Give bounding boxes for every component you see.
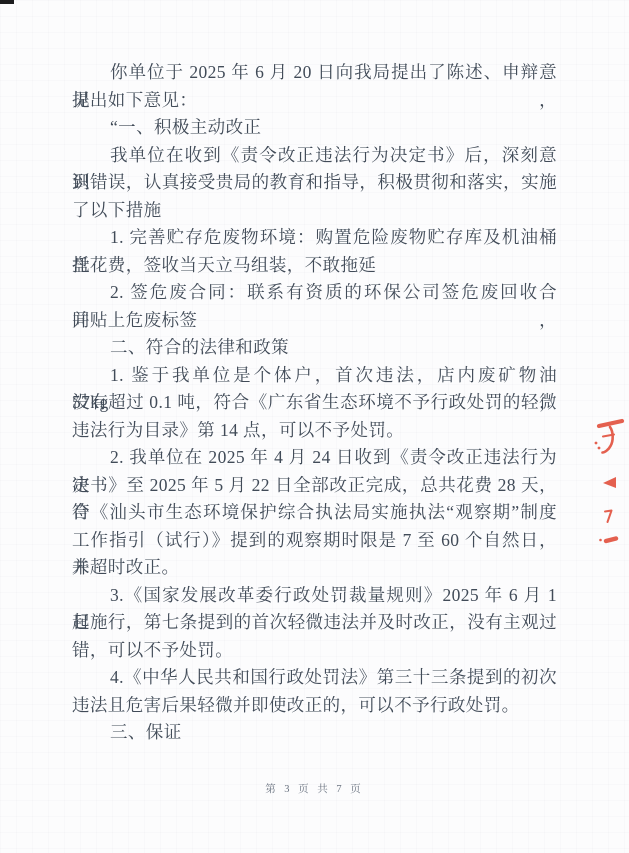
- text-line: 起施行，第七条提到的首次轻微违法并及时改正，没有主观过: [72, 609, 557, 637]
- text-line: 定书》至 2025 年 5 月 22 日全部改正完成，总共花费 28 天，符: [72, 472, 557, 500]
- text-line: 3.《国家发展改革委行政处罚裁量规则》2025 年 6 月 1 日: [72, 582, 557, 610]
- text-line: 到错误，认真接受贵局的教育和指导，积极贯彻和落实，实施: [72, 169, 557, 197]
- text-line: 违法行为目录》第 14 点，可以不予处罚。: [72, 417, 557, 445]
- text-line: 未超时改正。: [72, 554, 557, 582]
- text-line: “一、积极主动改正: [72, 114, 557, 142]
- document-page: 你单位于 2025 年 6 月 20 日向我局提出了陈述、申辩意见，提出如下意见…: [0, 0, 629, 853]
- text-line: 合《汕头市生态环境保护综合执法局实施执法“观察期”制度: [72, 499, 557, 527]
- scan-corner-artifact: [0, 0, 14, 4]
- body-text: 你单位于 2025 年 6 月 20 日向我局提出了陈述、申辩意见，提出如下意见…: [72, 59, 557, 747]
- text-line: 错，可以不予处罚。: [72, 637, 557, 665]
- left-pointing-wedge-icon: [603, 477, 616, 488]
- text-line: 违法且危害后果轻微并即使改正的，可以不予行政处罚。: [72, 692, 557, 720]
- text-line: 没有超过 0.1 吨，符合《广东省生态环境不予行政处罚的轻微: [72, 389, 557, 417]
- text-line: 2. 我单位在 2025 年 4 月 24 日收到《责令改正违法行为决: [72, 444, 557, 472]
- text-line: 工作指引（试行）》提到的观察期时限是 7 至 60 个自然日，并: [72, 527, 557, 555]
- scanned-document-page: { "document": { "body_lines": [ {"text":…: [0, 0, 629, 853]
- red-ink-marks: [590, 410, 629, 555]
- text-line: 二、符合的法律和政策: [72, 334, 557, 362]
- text-line: 我单位在收到《责令改正违法行为决定书》后，深刻意识: [72, 142, 557, 170]
- text-line: 4.《中华人民共和国行政处罚法》第三十三条提到的初次: [72, 664, 557, 692]
- partial-character-stroke-icon: [595, 421, 622, 453]
- page-number: 第 3 页 共 7 页: [0, 781, 629, 796]
- short-dash-with-dot-icon: [599, 539, 616, 542]
- text-line: 1. 完善贮存危废物环境：购置危险废物贮存库及机油桶托: [72, 224, 557, 252]
- text-line: 1. 鉴于我单位是个体户，首次违法，店内废矿物油 57kg，: [72, 362, 557, 390]
- text-line: 三、保证: [72, 719, 557, 747]
- text-line: 盘花费，签收当天立马组装，不敢拖延: [72, 252, 557, 280]
- small-seven-stroke-icon: [605, 511, 612, 523]
- text-line: 2. 签危废合同：联系有资质的环保公司签危废回收合同，: [72, 279, 557, 307]
- text-line: 你单位于 2025 年 6 月 20 日向我局提出了陈述、申辩意见，: [72, 59, 557, 87]
- text-line: 了以下措施: [72, 197, 557, 225]
